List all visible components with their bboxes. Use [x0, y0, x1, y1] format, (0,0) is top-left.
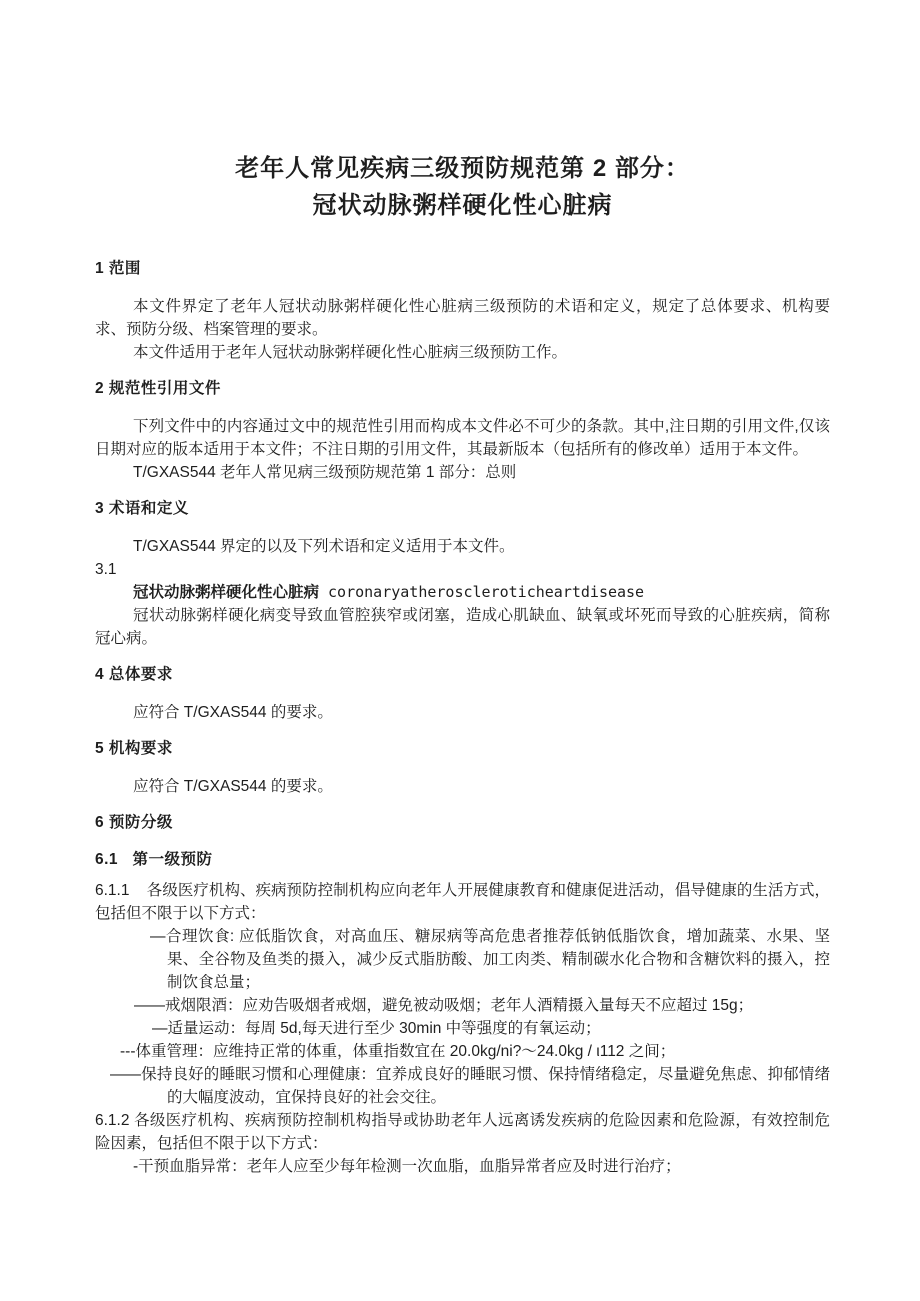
section-5-paragraph-1: 应符合 T/GXAS544 的要求。 [95, 775, 830, 798]
document-page: 老年人常见疾病三级预防规范第 2 部分： 冠状动脉粥样硬化性心脏病 1 范围 本… [0, 0, 920, 1301]
section-6-1-heading: 6.1 第一级预防 [95, 849, 830, 871]
section-6-heading: 6 预防分级 [95, 812, 830, 834]
document-title-line1: 老年人常见疾病三级预防规范第 2 部分： [95, 150, 830, 187]
term-definition: 冠状动脉粥样硬化病变导致血管腔狭窄或闭塞，造成心肌缺血、缺氧或坏死而导致的心脏疾… [95, 604, 830, 650]
section-2-reference: T/GXAS544 老年人常见病三级预防规范第 1 部分：总则 [95, 461, 830, 484]
section-4-heading: 4 总体要求 [95, 664, 830, 686]
list-item-sleep-mental-health: ——保持良好的睡眠习惯和心理健康：宜养成良好的睡眠习惯、保持情绪稳定，尽量避免焦… [95, 1063, 830, 1109]
section-3-heading: 3 术语和定义 [95, 498, 830, 520]
section-1-paragraph-2: 本文件适用于老年人冠状动脉粥样硬化性心脏病三级预防工作。 [95, 341, 830, 364]
term-name-chinese: 冠状动脉粥样硬化性心脏病 [133, 584, 319, 601]
section-3-paragraph-1: T/GXAS544 界定的以及下列术语和定义适用于本文件。 [95, 535, 830, 558]
clause-6-1-2-paragraph: 6.1.2 各级医疗机构、疾病预防控制机构指导或协助老年人远离诱发疾病的危险因素… [95, 1109, 830, 1155]
clause-6-1-1-paragraph: 6.1.1 各级医疗机构、疾病预防控制机构应向老年人开展健康教育和健康促进活动，… [95, 879, 830, 925]
term-number: 3.1 [95, 558, 830, 581]
list-item-smoking-alcohol: ——戒烟限酒：应劝告吸烟者戒烟，避免被动吸烟；老年人酒精摄入量每天不应超过 15… [95, 994, 830, 1017]
section-2-paragraph-1: 下列文件中的内容通过文中的规范性引用而构成本文件必不可少的条款。其中,注日期的引… [95, 415, 830, 461]
list-item-exercise: —适量运动：每周 5d,每天进行至少 30min 中等强度的有氧运动； [95, 1017, 830, 1040]
term-line: 冠状动脉粥样硬化性心脏病coronaryatheroscleroticheart… [95, 581, 830, 604]
document-title-line2: 冠状动脉粥样硬化性心脏病 [95, 187, 830, 224]
term-name-english: coronaryatheroscleroticheartdisease [328, 583, 644, 601]
list-item-blood-lipid: -干预血脂异常：老年人应至少每年检测一次血脂，血脂异常者应及时进行治疗； [95, 1155, 830, 1178]
list-item-weight-management: ---体重管理：应维持正常的体重，体重指数宜在 20.0kg/ni?～24.0k… [95, 1040, 830, 1063]
section-1-paragraph-1: 本文件界定了老年人冠状动脉粥样硬化性心脏病三级预防的术语和定义，规定了总体要求、… [95, 295, 830, 341]
section-1-heading: 1 范围 [95, 258, 830, 280]
section-4-paragraph-1: 应符合 T/GXAS544 的要求。 [95, 701, 830, 724]
list-item-diet: —合理饮食: 应低脂饮食，对高血压、糖尿病等高危患者推荐低钠低脂饮食，增加蔬菜、… [95, 925, 830, 994]
section-2-heading: 2 规范性引用文件 [95, 378, 830, 400]
section-5-heading: 5 机构要求 [95, 738, 830, 760]
